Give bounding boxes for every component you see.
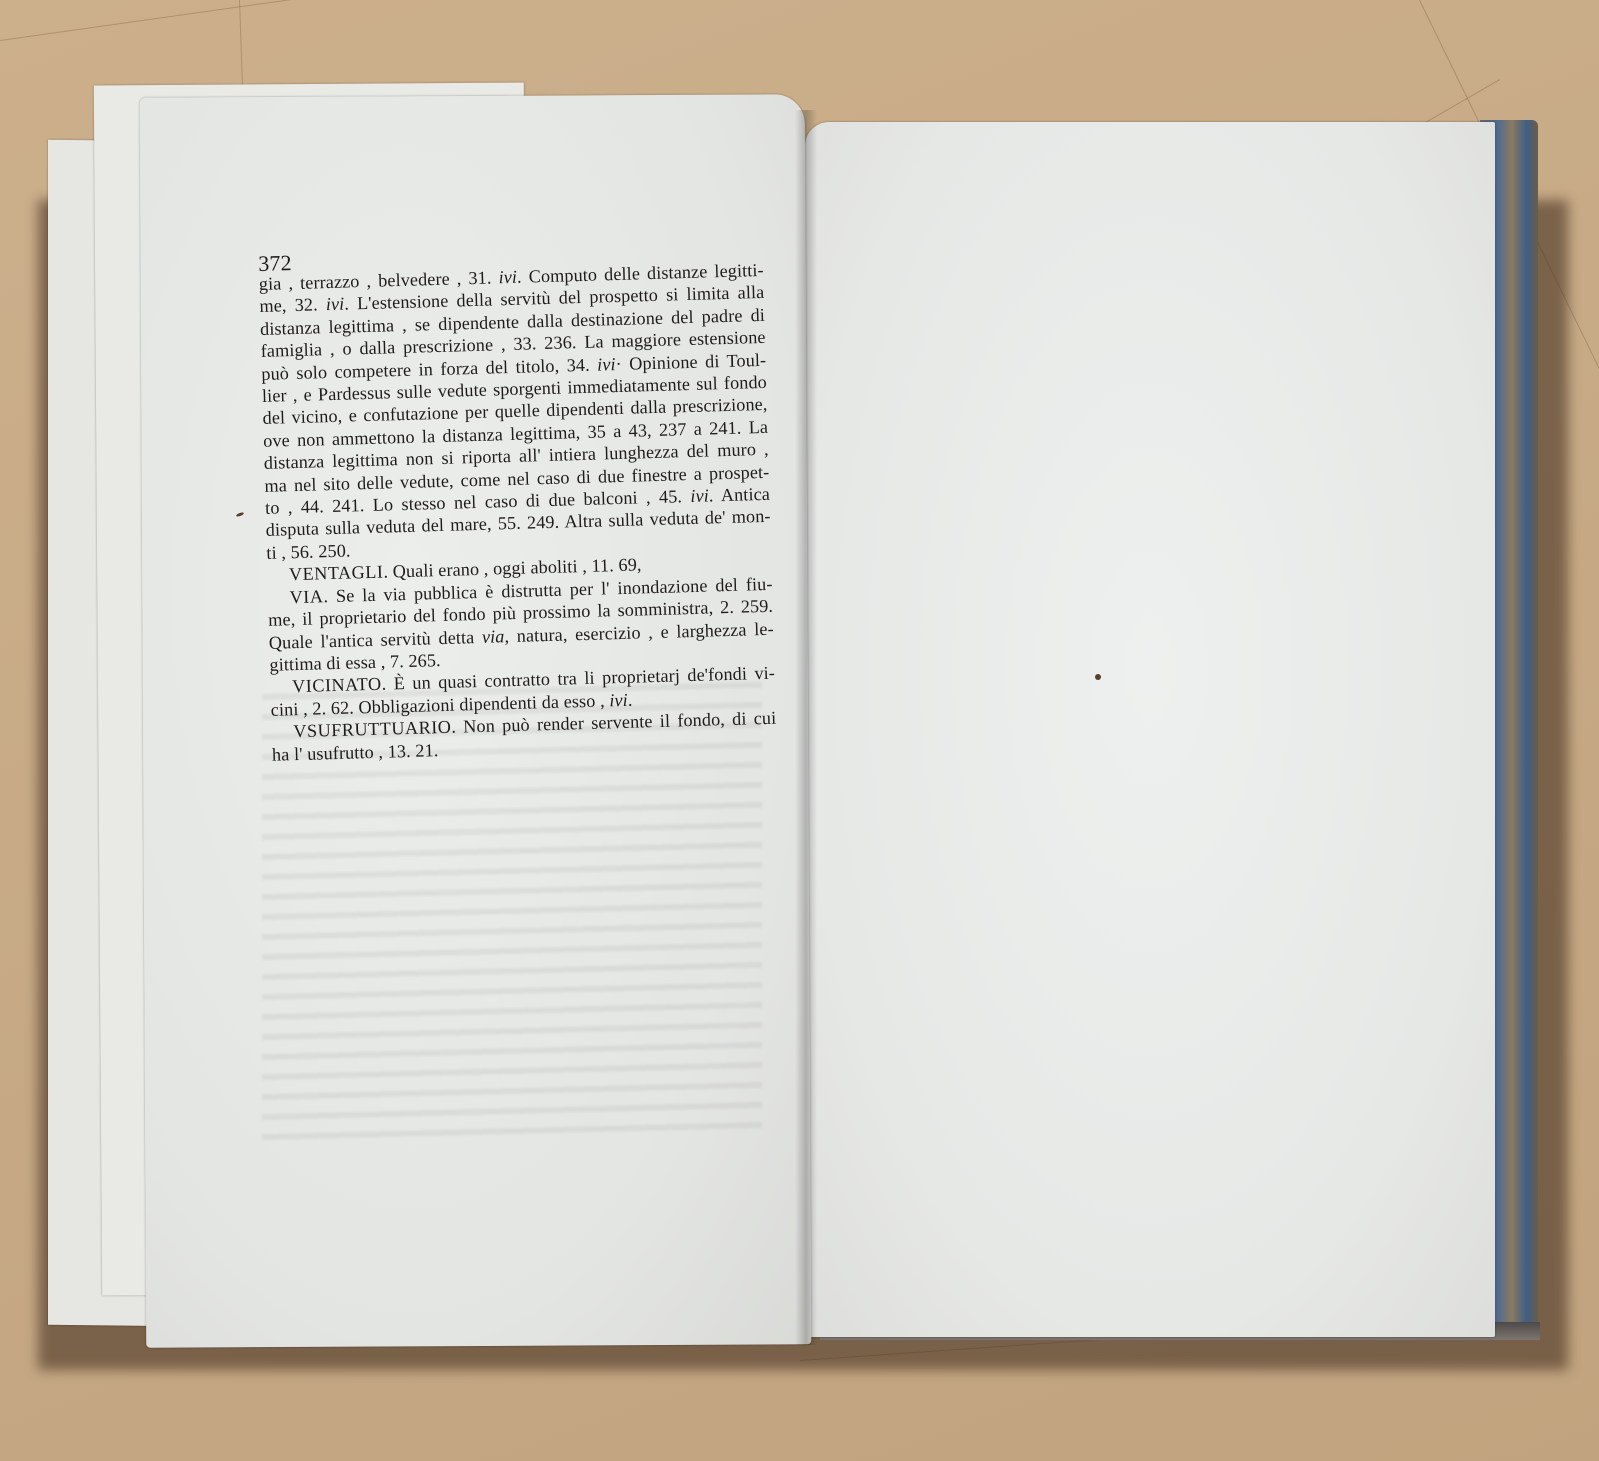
entry-heading: VICINATO (292, 674, 382, 696)
right-page-blank (805, 122, 1495, 1337)
text-segment: . (628, 689, 633, 709)
text-lines: gia , terrazzo , belvedere , 31. ivi. Co… (259, 259, 778, 766)
text-segment: gittima di essa , 7. 265. (269, 650, 441, 675)
text-segment: · Opinione di Toul- (615, 349, 766, 373)
text-segment: ha l' usufrutto , 13. 21. (272, 740, 439, 765)
text-segment: ivi (609, 690, 628, 711)
page-text: 372 gia , terrazzo , belvedere , 31. ivi… (258, 239, 777, 766)
text-segment: . Antica (709, 484, 771, 506)
paper-spot (1095, 674, 1101, 680)
book-gutter (795, 110, 817, 1345)
text-segment: ivi (690, 486, 709, 507)
text-segment: ivi (326, 294, 345, 315)
text-segment: me, 32. (259, 295, 326, 317)
entry-heading: VENTAGLI (289, 562, 384, 585)
entry-heading: VIA (289, 586, 323, 607)
entry-heading: VSUFRUTTUARIO (293, 717, 452, 741)
text-segment: Quale l'antica servitù detta (269, 626, 483, 652)
text-segment: ti , 56. 250. (266, 540, 351, 562)
text-segment: via (482, 626, 505, 647)
text-segment: ivi (597, 354, 616, 375)
text-segment: ivi (498, 267, 517, 288)
